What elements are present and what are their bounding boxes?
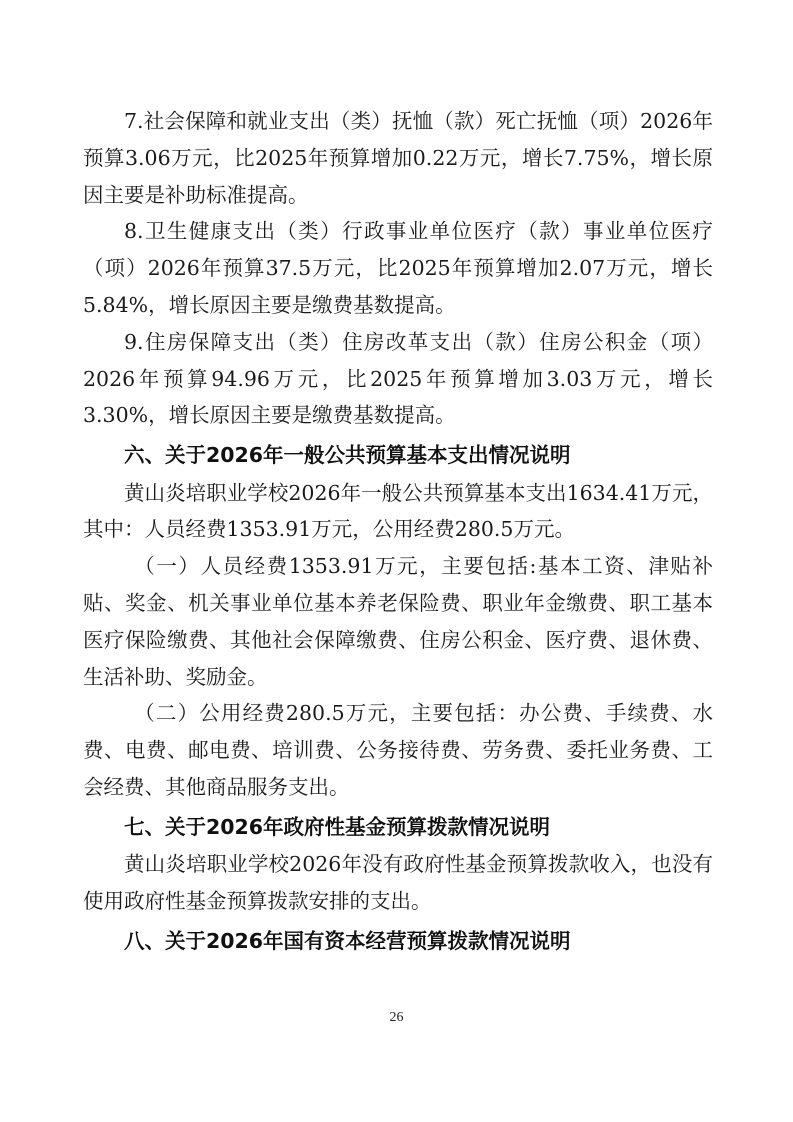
section-8-heading: 八、关于2026年国有资本经营预算拨款情况说明 [83,922,713,961]
section-7-heading: 七、关于2026年政府性基金预算拨款情况说明 [83,808,713,847]
section-7-body: 黄山炎培职业学校2026年没有政府性基金预算拨款收入，也没有使用政府性基金预算拨… [83,846,713,920]
section-6-public-expenses: （二）公用经费280.5万元，主要包括：办公费、手续费、水费、电费、邮电费、培训… [83,695,713,805]
item-8-health-medical: 8.卫生健康支出（类）行政事业单位医疗（款）事业单位医疗（项）2026年预算37… [83,213,713,323]
item-7-social-security-death-pension: 7.社会保障和就业支出（类）抚恤（款）死亡抚恤（项）2026年预算3.06万元，… [83,103,713,213]
document-page: 7.社会保障和就业支出（类）抚恤（款）死亡抚恤（项）2026年预算3.06万元，… [83,103,713,960]
section-6-heading: 六、关于2026年一般公共预算基本支出情况说明 [83,436,713,475]
section-6-summary: 黄山炎培职业学校2026年一般公共预算基本支出1634.41万元，其中：人员经费… [83,475,713,549]
page-number: 26 [0,1010,793,1026]
section-6-personnel-expenses: （一）人员经费1353.91万元，主要包括:基本工资、津贴补贴、奖金、机关事业单… [83,548,713,695]
item-9-housing-provident-fund: 9.住房保障支出（类）住房改革支出（款）住房公积金（项）2026年预算94.96… [83,324,713,434]
